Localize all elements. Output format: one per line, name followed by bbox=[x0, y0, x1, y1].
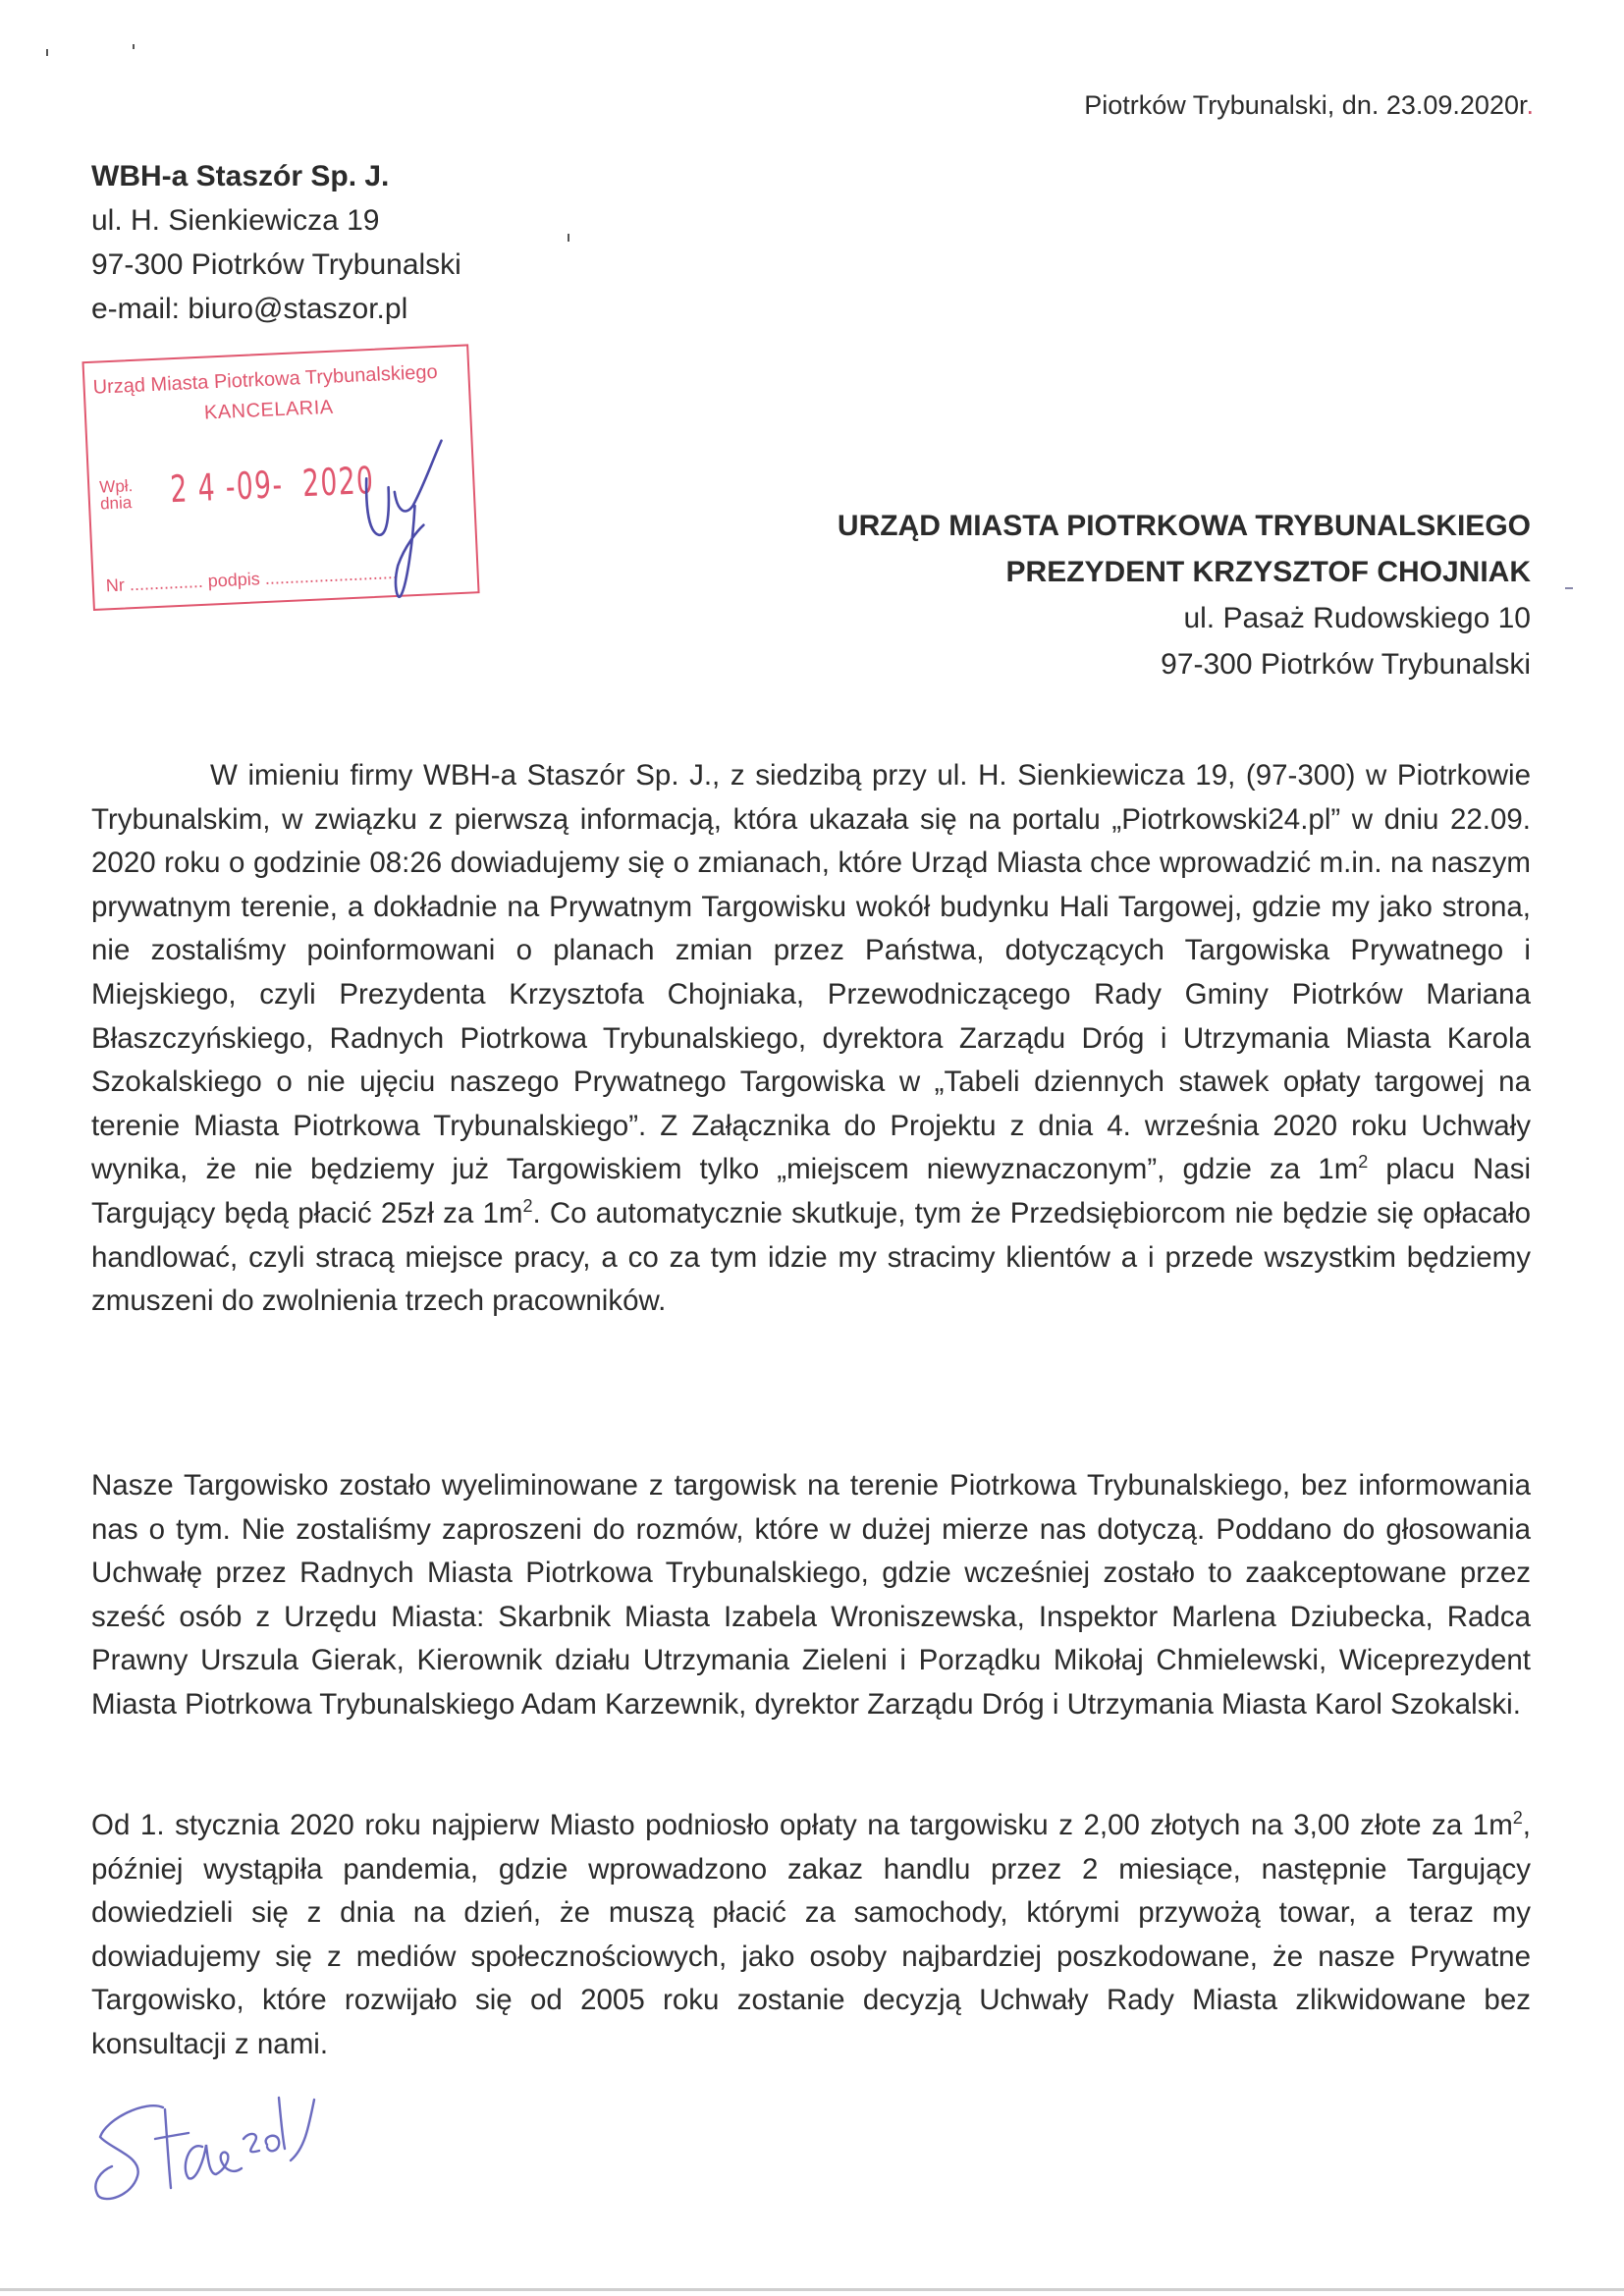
sender-name: WBH-a Staszór Sp. J. bbox=[91, 154, 461, 198]
recipient-president: PREZYDENT KRZYSZTOF CHOJNIAK bbox=[838, 549, 1531, 595]
recipient-block: URZĄD MIASTA PIOTRKOWA TRYBUNALSKIEGO PR… bbox=[838, 503, 1531, 687]
page-bottom-edge bbox=[0, 2288, 1624, 2291]
sender-email: e-mail: biuro@staszor.pl bbox=[91, 287, 461, 331]
place-date-end: . bbox=[1526, 90, 1534, 120]
place-and-date: Piotrków Trybunalski, dn. 23.09.2020r. bbox=[1084, 90, 1534, 121]
recipient-street: ul. Pasaż Rudowskiego 10 bbox=[838, 595, 1531, 641]
handwritten-signature-icon bbox=[86, 2080, 322, 2217]
place-date-text: Piotrków Trybunalski, dn. 23.09.2020r bbox=[1084, 90, 1526, 120]
body-paragraph-2: Nasze Targowisko zostało wyeliminowane z… bbox=[91, 1464, 1531, 1727]
stamp-initials-icon bbox=[351, 435, 457, 606]
stamp-label-dnia: dnia bbox=[100, 494, 135, 513]
superscript: 2 bbox=[1513, 1808, 1523, 1828]
paragraph-text: W imieniu firmy WBH-a Staszór Sp. J., z … bbox=[91, 759, 1531, 1185]
superscript: 2 bbox=[522, 1196, 532, 1216]
margin-mark bbox=[1565, 587, 1573, 589]
recipient-city: 97-300 Piotrków Trybunalski bbox=[838, 641, 1531, 687]
stamp-received-date: 2 4 -09- 2020 bbox=[169, 459, 375, 511]
paragraph-text: , później wystąpiła pandemia, gdzie wpro… bbox=[91, 1809, 1531, 2060]
body-paragraph-3: Od 1. stycznia 2020 roku najpierw Miasto… bbox=[91, 1804, 1531, 2067]
stamp-office: Urząd Miasta Piotrkowa Trybunalskiego bbox=[92, 361, 438, 400]
sender-block: WBH-a Staszór Sp. J. ul. H. Sienkiewicza… bbox=[91, 154, 461, 331]
sender-city: 97-300 Piotrków Trybunalski bbox=[91, 243, 461, 287]
stamp-number-line: Nr ............... podpis ..............… bbox=[105, 563, 398, 596]
recipient-office: URZĄD MIASTA PIOTRKOWA TRYBUNALSKIEGO bbox=[838, 503, 1531, 549]
superscript: 2 bbox=[1358, 1153, 1368, 1173]
body-paragraph-1: W imieniu firmy WBH-a Staszór Sp. J., z … bbox=[91, 754, 1531, 1324]
paragraph-text: Od 1. stycznia 2020 roku najpierw Miasto… bbox=[91, 1809, 1513, 1841]
stamp-received-label: Wpł. dnia bbox=[99, 477, 135, 513]
stamp-department: KANCELARIA bbox=[203, 397, 334, 425]
sender-street: ul. H. Sienkiewicza 19 bbox=[91, 198, 461, 243]
registry-stamp: Urząd Miasta Piotrkowa Trybunalskiego KA… bbox=[81, 344, 479, 611]
